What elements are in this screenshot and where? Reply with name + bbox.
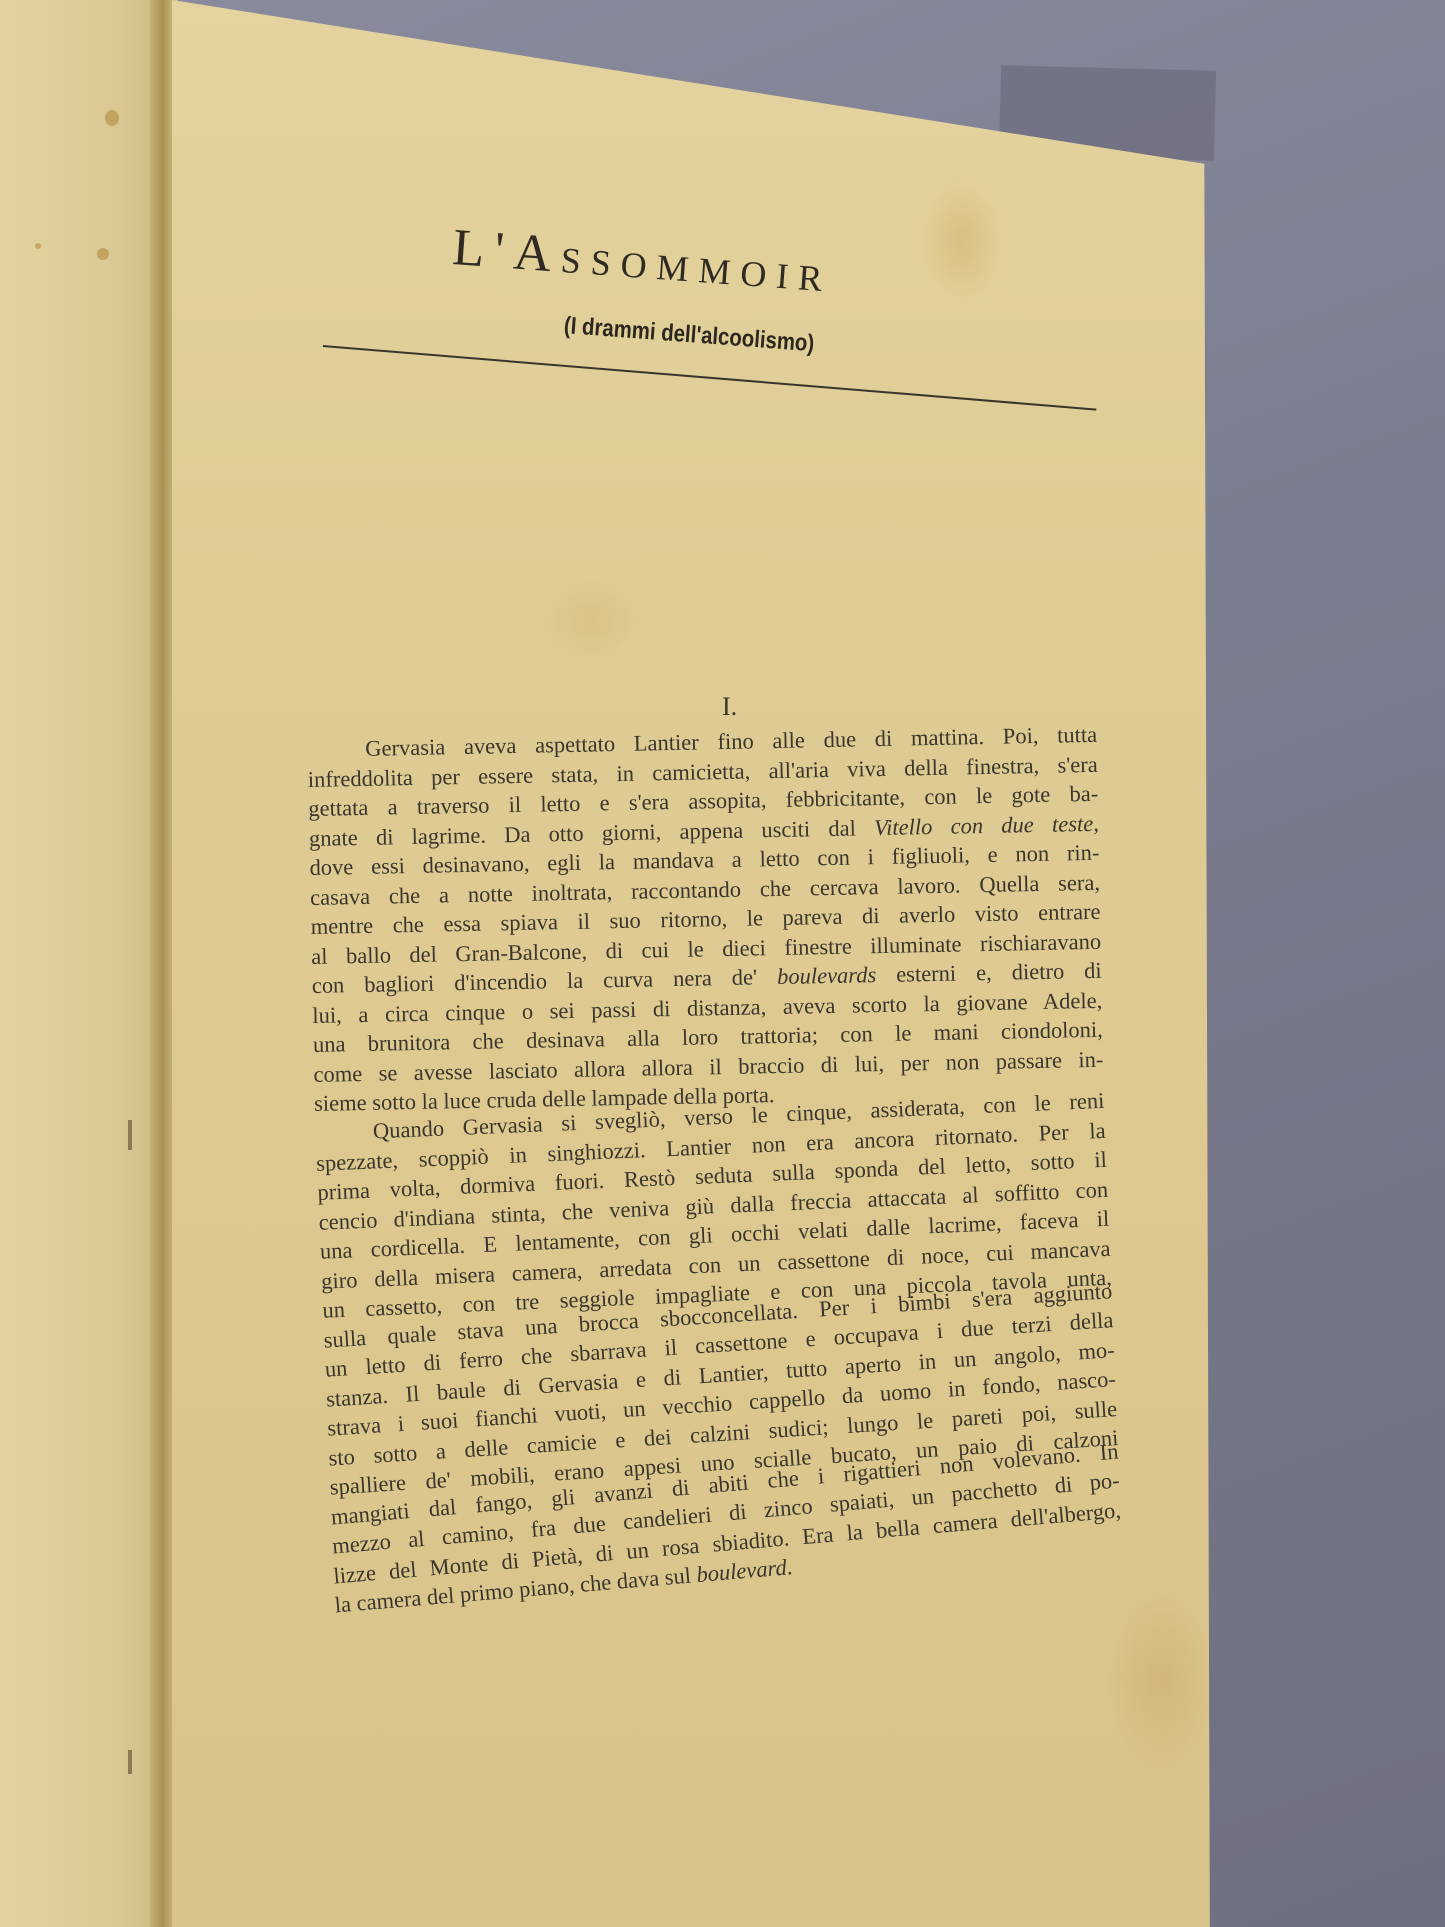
body-text: Gervasia aveva aspettato Lantier fino al… [307,720,1114,1620]
text-segment: esterni e, dietro di [876,958,1102,987]
paragraph-1: Gervasia aveva aspettato Lantier fino al… [307,720,1104,1119]
paragraph-2: Quando Gervasia si svegliò, verso le cin… [314,1085,1124,1619]
title-rule [323,345,1097,411]
italic-title: Vitello con due teste, [874,810,1099,839]
italic-word: boulevard [695,1554,787,1586]
text-segment: . [785,1554,793,1579]
book-title: L'Assommoir [451,218,835,305]
italic-word: boulevards [777,962,877,989]
book-subtitle: (I drammi dell'alcoolismo) [563,312,815,358]
chapter-number: I. [722,692,737,722]
page-content: L'Assommoir (I drammi dell'alcoolismo) I… [0,0,1445,1927]
